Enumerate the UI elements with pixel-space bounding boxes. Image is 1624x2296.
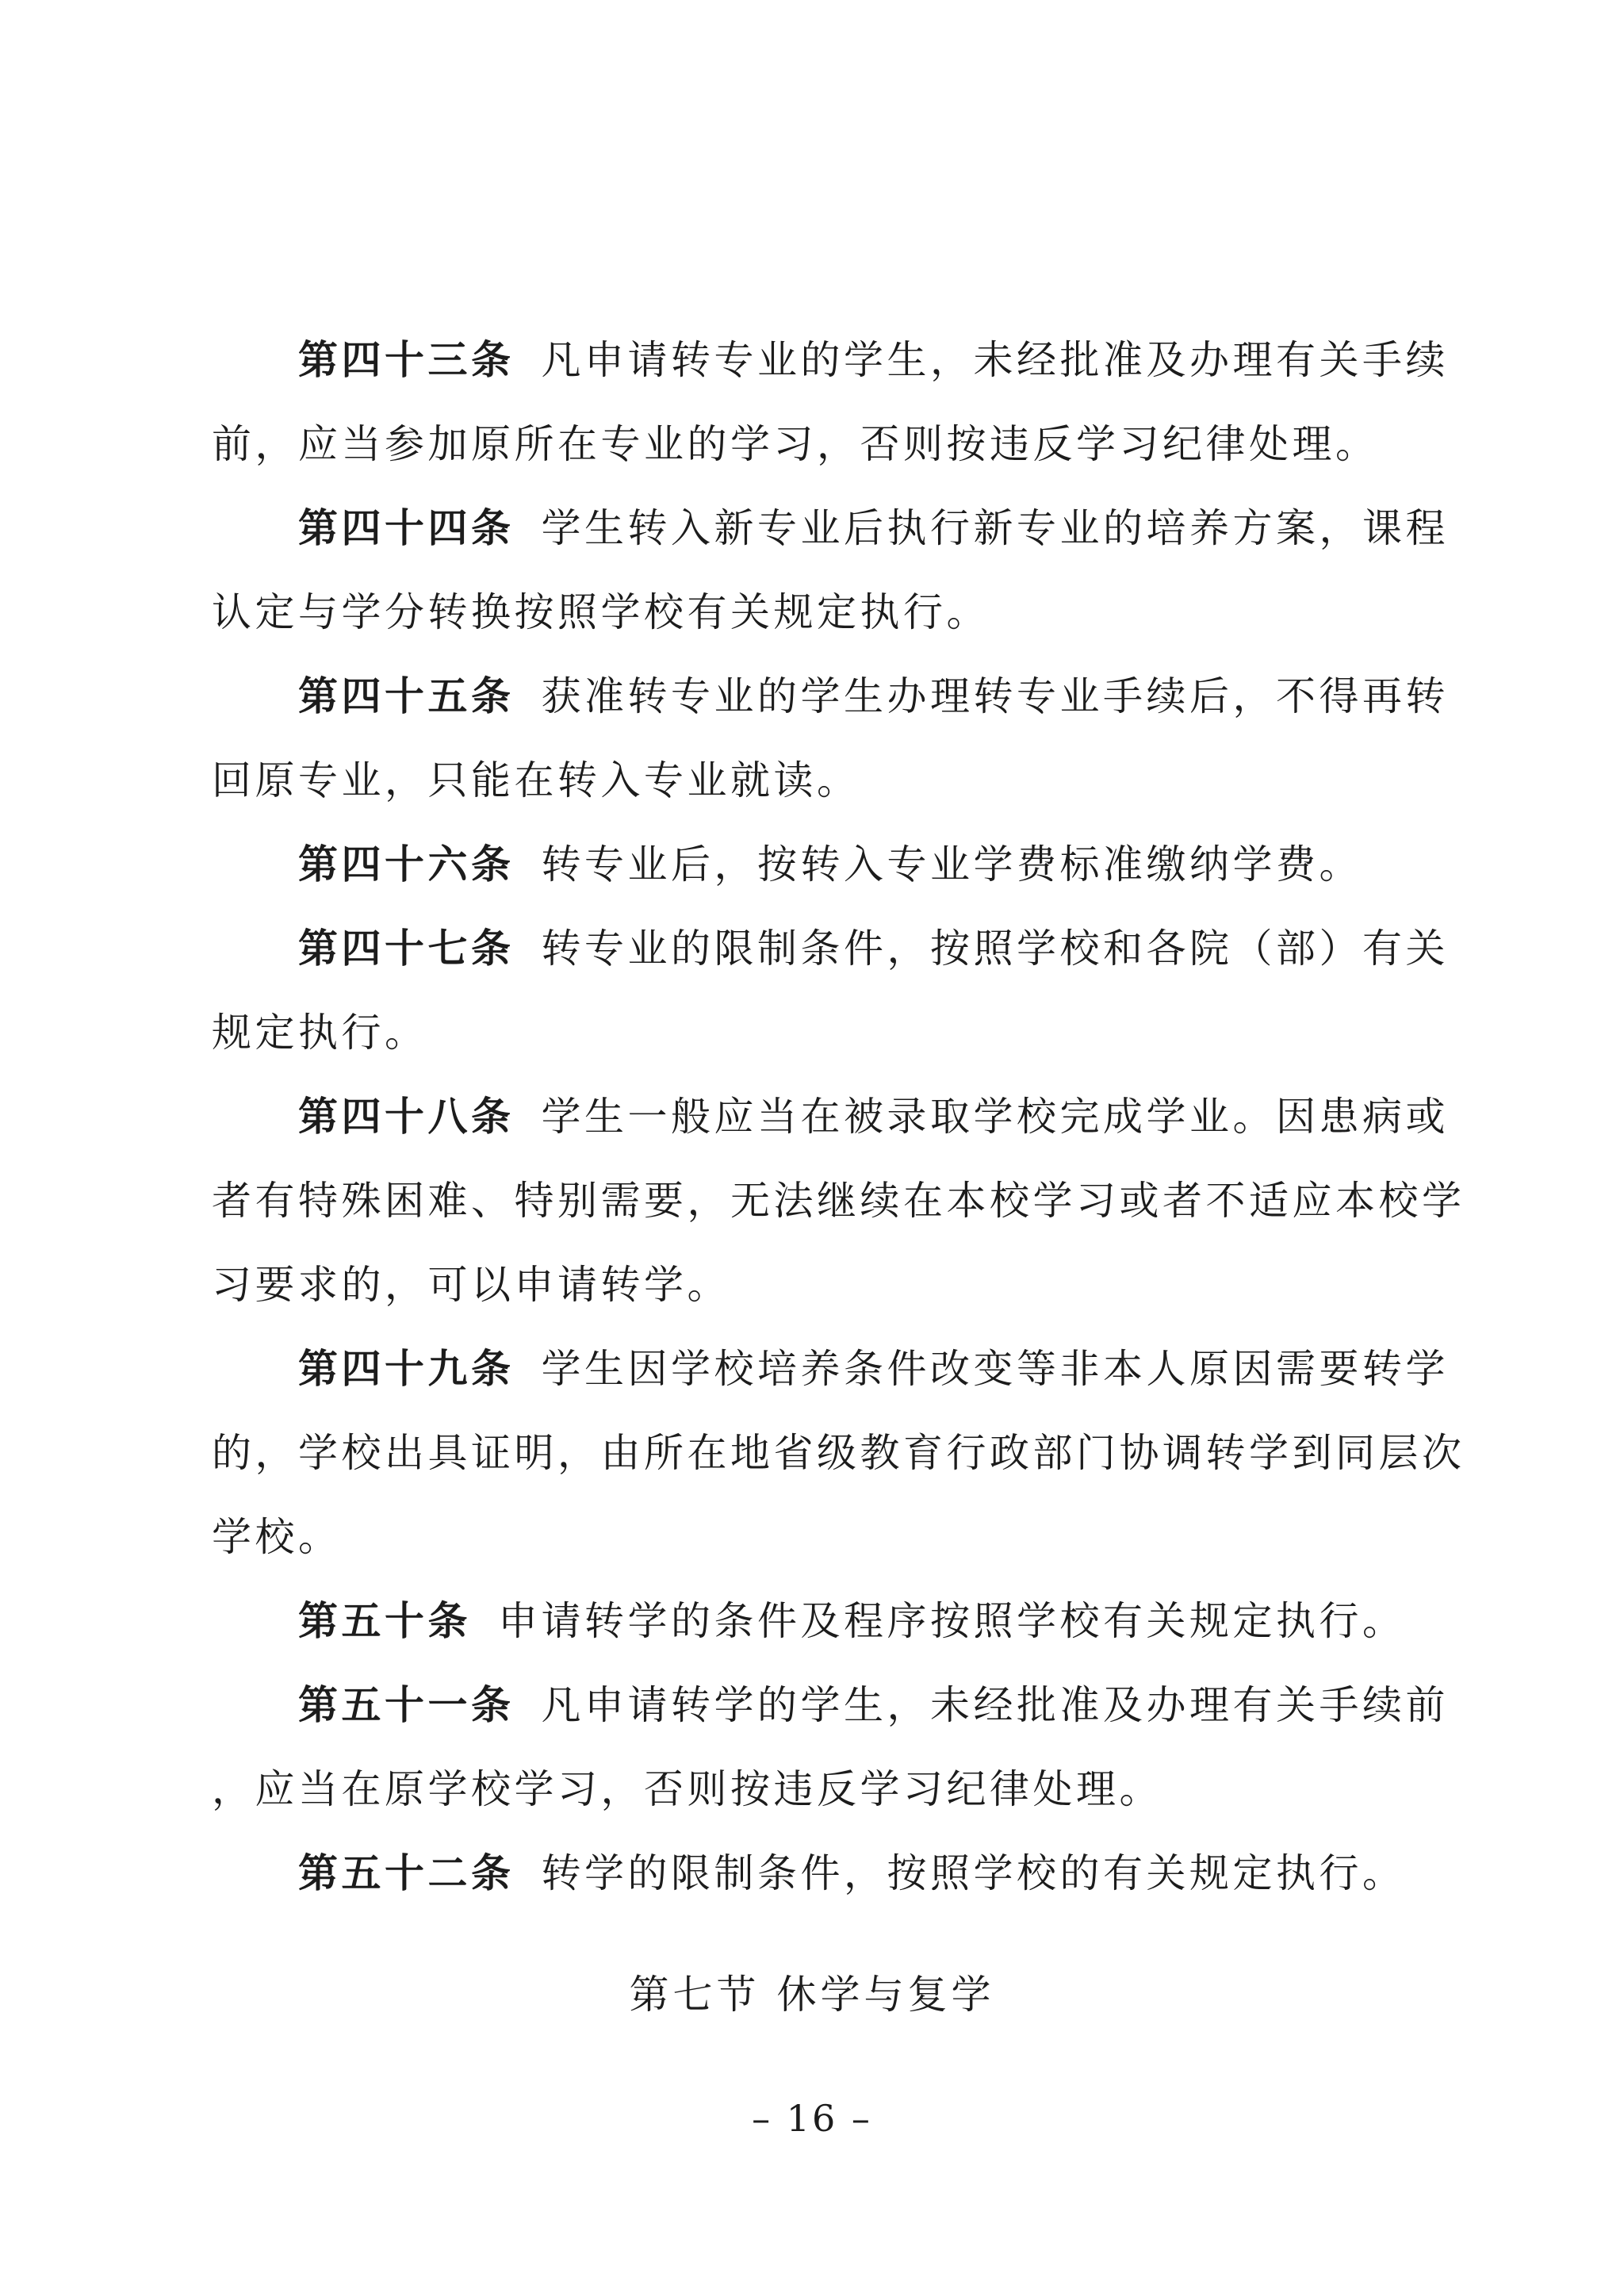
article-text: 获准转专业的学生办理转专业手续后，不得再转 — [542, 673, 1450, 719]
text-line: 回原专业，只能在转入专业就读。 — [212, 738, 1496, 822]
article-number: 第四十九条 — [298, 1345, 515, 1392]
text-line: ，应当在原学校学习，否则按违反学习纪律处理。 — [212, 1747, 1496, 1831]
article-number: 第四十四条 — [298, 504, 515, 551]
article-number: 第四十七条 — [298, 925, 515, 972]
text-line: 认定与学分转换按照学校有关规定执行。 — [212, 570, 1496, 654]
document-page: 第四十三条凡申请转专业的学生，未经批准及办理有关手续前，应当参加原所在专业的学习… — [0, 0, 1624, 2296]
page-number: – 16 – — [0, 2084, 1624, 2152]
section-heading: 第七节 休学与复学 — [0, 1953, 1624, 2037]
article-text: 学生一般应当在被录取学校完成学业。因患病或 — [542, 1094, 1450, 1140]
text-line: 的，学校出具证明，由所在地省级教育行政部门协调转学到同层次 — [212, 1411, 1496, 1495]
text-line: 第五十一条凡申请转学的学生，未经批准及办理有关手续前 — [212, 1663, 1496, 1747]
text-line: 第四十四条学生转入新专业后执行新专业的培养方案，课程 — [212, 486, 1496, 570]
article-text: 凡申请转学的学生，未经批准及办理有关手续前 — [542, 1682, 1450, 1728]
article-text: 学生转入新专业后执行新专业的培养方案，课程 — [542, 505, 1450, 551]
text-line: 习要求的，可以申请转学。 — [212, 1243, 1496, 1327]
text-line: 第五十二条转学的限制条件，按照学校的有关规定执行。 — [212, 1831, 1496, 1915]
article-number: 第四十八条 — [298, 1093, 515, 1140]
text-line: 规定执行。 — [212, 991, 1496, 1075]
article-number: 第五十二条 — [298, 1849, 515, 1896]
article-text: 转专业后，按转入专业学费标准缴纳学费。 — [542, 841, 1363, 887]
text-line: 第四十九条学生因学校培养条件改变等非本人原因需要转学 — [212, 1327, 1496, 1411]
text-line: 前，应当参加原所在专业的学习，否则按违反学习纪律处理。 — [212, 402, 1496, 486]
text-line: 第四十八条学生一般应当在被录取学校完成学业。因患病或 — [212, 1075, 1496, 1159]
article-number: 第五十一条 — [298, 1681, 515, 1728]
text-line: 者有特殊困难、特别需要，无法继续在本校学习或者不适应本校学 — [212, 1159, 1496, 1243]
text-line: 学校。 — [212, 1495, 1496, 1579]
text-line: 第四十七条转专业的限制条件，按照学校和各院（部）有关 — [212, 907, 1496, 991]
article-text: 申请转学的条件及程序按照学校有关规定执行。 — [498, 1598, 1406, 1644]
text-line: 第四十三条凡申请转专业的学生，未经批准及办理有关手续 — [212, 318, 1496, 402]
article-text: 学生因学校培养条件改变等非本人原因需要转学 — [542, 1346, 1450, 1392]
text-line: 第四十六条转专业后，按转入专业学费标准缴纳学费。 — [212, 822, 1496, 907]
article-text: 凡申请转专业的学生，未经批准及办理有关手续 — [542, 337, 1450, 383]
article-text-block: 第四十三条凡申请转专业的学生，未经批准及办理有关手续前，应当参加原所在专业的学习… — [212, 318, 1496, 1915]
text-line: 第五十条申请转学的条件及程序按照学校有关规定执行。 — [212, 1579, 1496, 1663]
article-text: 转学的限制条件，按照学校的有关规定执行。 — [542, 1850, 1406, 1896]
article-number: 第四十五条 — [298, 673, 515, 719]
article-text: 转专业的限制条件，按照学校和各院（部）有关 — [542, 926, 1450, 972]
text-line: 第四十五条获准转专业的学生办理转专业手续后，不得再转 — [212, 654, 1496, 738]
article-number: 第四十三条 — [298, 336, 515, 383]
article-number: 第五十条 — [298, 1597, 471, 1644]
article-number: 第四十六条 — [298, 841, 515, 887]
